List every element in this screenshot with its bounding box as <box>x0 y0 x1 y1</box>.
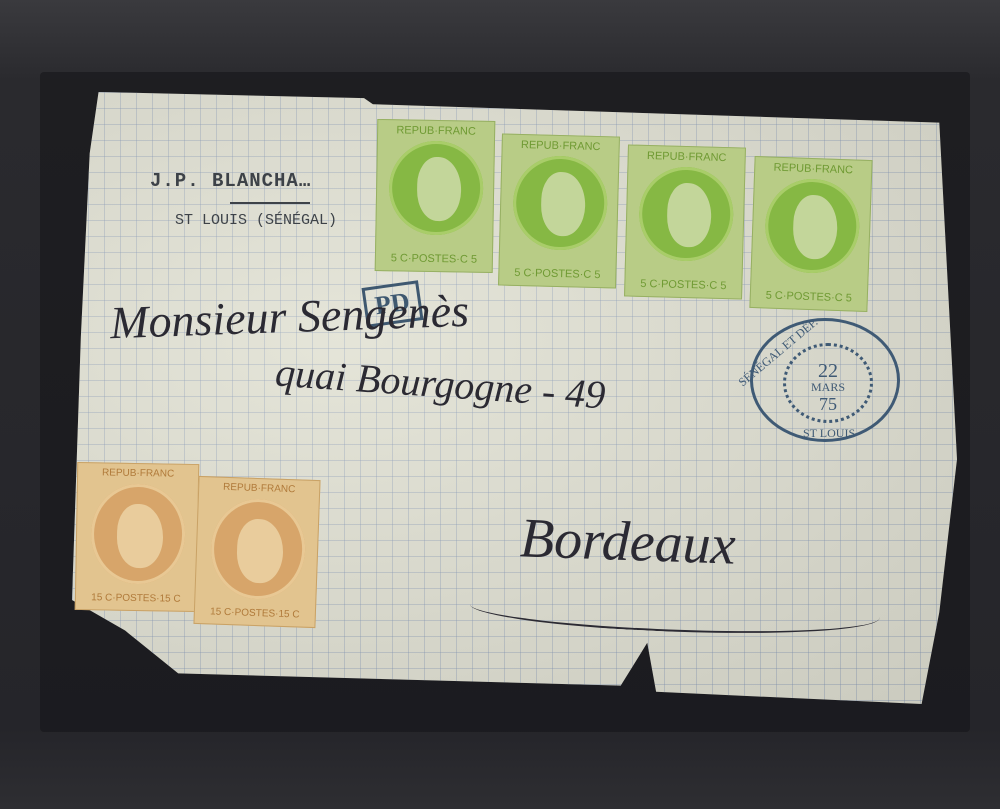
stamp-green-4: REPUB·FRANC 5 C·POSTES·C 5 <box>749 156 872 312</box>
sender-cachet: J.P. BLANCHA… ST LOUIS (SÉNÉGAL) <box>150 170 337 229</box>
stamp-green-2: REPUB·FRANC 5 C·POSTES·C 5 <box>498 133 620 288</box>
stamp-label-top: REPUB·FRANC <box>503 139 619 154</box>
ceres-medallion <box>764 177 861 274</box>
sender-place: ST LOUIS (SÉNÉGAL) <box>175 212 337 229</box>
ceres-medallion <box>209 497 306 600</box>
stamp-label-bottom: 5 C·POSTES·C 5 <box>751 289 867 305</box>
stamp-label-top: REPUB·FRANC <box>755 161 871 177</box>
stamp-label-top: REPUB·FRANC <box>199 481 319 496</box>
ceres-medallion <box>512 155 608 251</box>
address-line-3: Bordeaux <box>519 506 737 577</box>
circular-datestamp: SÉNÉGAL ET DÉP. 22 MARS 75 ST LOUIS <box>750 318 900 442</box>
postmark-dotted-ring: 22 MARS 75 <box>783 343 873 423</box>
postmark-month: MARS <box>786 380 870 395</box>
stamp-green-1: REPUB·FRANC 5 C·POSTES·C 5 <box>375 119 496 273</box>
stamp-label-top: REPUB·FRANC <box>378 124 494 138</box>
stamp-label-bottom: 15 C·POSTES·15 C <box>195 606 315 621</box>
stamp-green-3: REPUB·FRANC 5 C·POSTES·C 5 <box>624 144 746 299</box>
stamp-label-bottom: 15 C·POSTES·15 C <box>76 592 196 605</box>
stamp-label-bottom: 5 C·POSTES·C 5 <box>625 277 741 292</box>
cachet-rule <box>230 202 310 204</box>
ceres-medallion <box>388 140 484 236</box>
ceres-medallion <box>90 483 186 585</box>
stamp-label-bottom: 5 C·POSTES·C 5 <box>376 252 492 266</box>
ceres-medallion <box>638 166 734 262</box>
stamp-orange-2: REPUB·FRANC 15 C·POSTES·15 C <box>193 476 320 628</box>
stamp-label-top: REPUB·FRANC <box>629 150 745 165</box>
stamp-label-top: REPUB·FRANC <box>78 467 198 480</box>
sender-name: J.P. BLANCHA… <box>150 170 337 192</box>
stamp-label-bottom: 5 C·POSTES·C 5 <box>499 266 615 281</box>
postmark-year: 75 <box>786 394 870 415</box>
postmark-ring-bottom: ST LOUIS <box>803 426 855 441</box>
stamp-orange-1: REPUB·FRANC 15 C·POSTES·15 C <box>75 462 200 612</box>
